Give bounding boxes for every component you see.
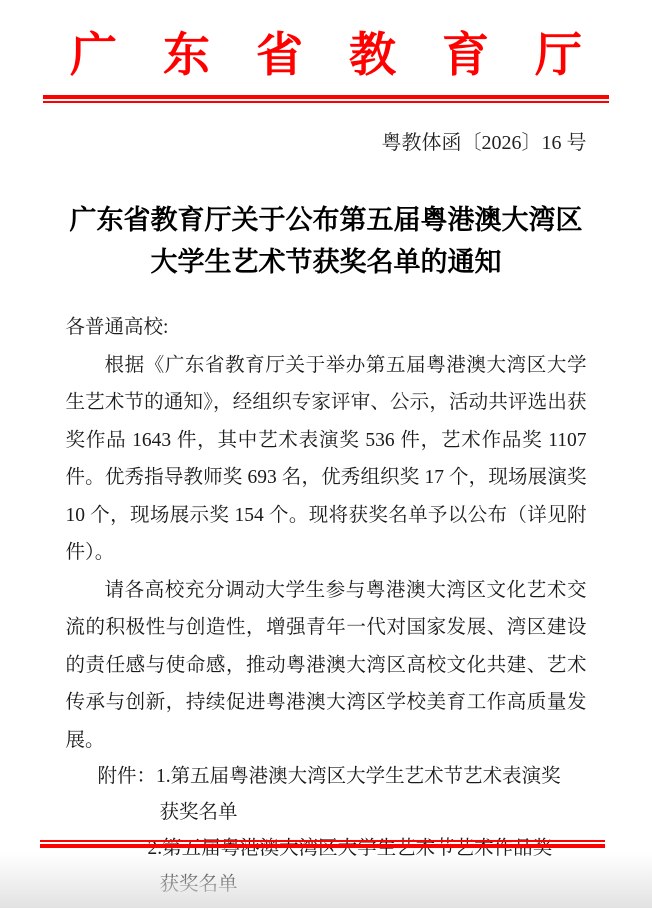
attachment-item-2-line-1: 2.第五届粤港澳大湾区大学生艺术节艺术作品奖	[66, 831, 587, 867]
header-divider-thin-line	[43, 101, 609, 103]
header-divider	[43, 95, 609, 103]
salutation: 各普通高校:	[66, 309, 587, 347]
notice-title-line-2: 大学生艺术节获奖名单的通知	[66, 241, 587, 283]
attachments-list: 附件：1.第五届粤港澳大湾区大学生艺术节艺术表演奖 获奖名单 2.第五届粤港澳大…	[66, 759, 587, 903]
attachment-1-number: 1.	[156, 766, 171, 787]
attachment-1-title: 第五届粤港澳大湾区大学生艺术节艺术表演奖	[171, 766, 561, 787]
agency-name: 广东省教育厅	[70, 33, 582, 80]
notice-title: 广东省教育厅关于公布第五届粤港澳大湾区 大学生艺术节获奖名单的通知	[66, 199, 587, 283]
paragraph-exhortation: 请各高校充分调动大学生参与粤港澳大湾区文化艺术交流的积极性与创造性，增强青年一代…	[66, 572, 587, 760]
footer-divider	[40, 840, 605, 848]
notice-title-line-1: 广东省教育厅关于公布第五届粤港澳大湾区	[66, 199, 587, 241]
attachments-label: 附件：	[98, 766, 157, 787]
header-divider-thick-line	[43, 95, 609, 99]
notice-text: 各普通高校: 根据《广东省教育厅关于举办第五届粤港澳大湾区大学生艺术节的通知》，…	[66, 309, 587, 759]
attachment-item-1-line-1: 附件：1.第五届粤港澳大湾区大学生艺术节艺术表演奖	[66, 759, 587, 795]
footer-divider-thin-line	[40, 840, 605, 842]
official-document-page: 广东省教育厅 粤教体函〔2026〕16 号 广东省教育厅关于公布第五届粤港澳大湾…	[0, 0, 652, 908]
footer-divider-thick-line	[40, 844, 605, 848]
paragraph-results: 根据《广东省教育厅关于举办第五届粤港澳大湾区大学生艺术节的通知》，经组织专家评审…	[66, 347, 587, 572]
document-body: 粤教体函〔2026〕16 号 广东省教育厅关于公布第五届粤港澳大湾区 大学生艺术…	[66, 133, 587, 903]
attachment-item-1-line-2: 获奖名单	[66, 795, 587, 831]
document-number: 粤教体函〔2026〕16 号	[66, 133, 587, 153]
attachment-item-2-line-2: 获奖名单	[66, 867, 587, 903]
